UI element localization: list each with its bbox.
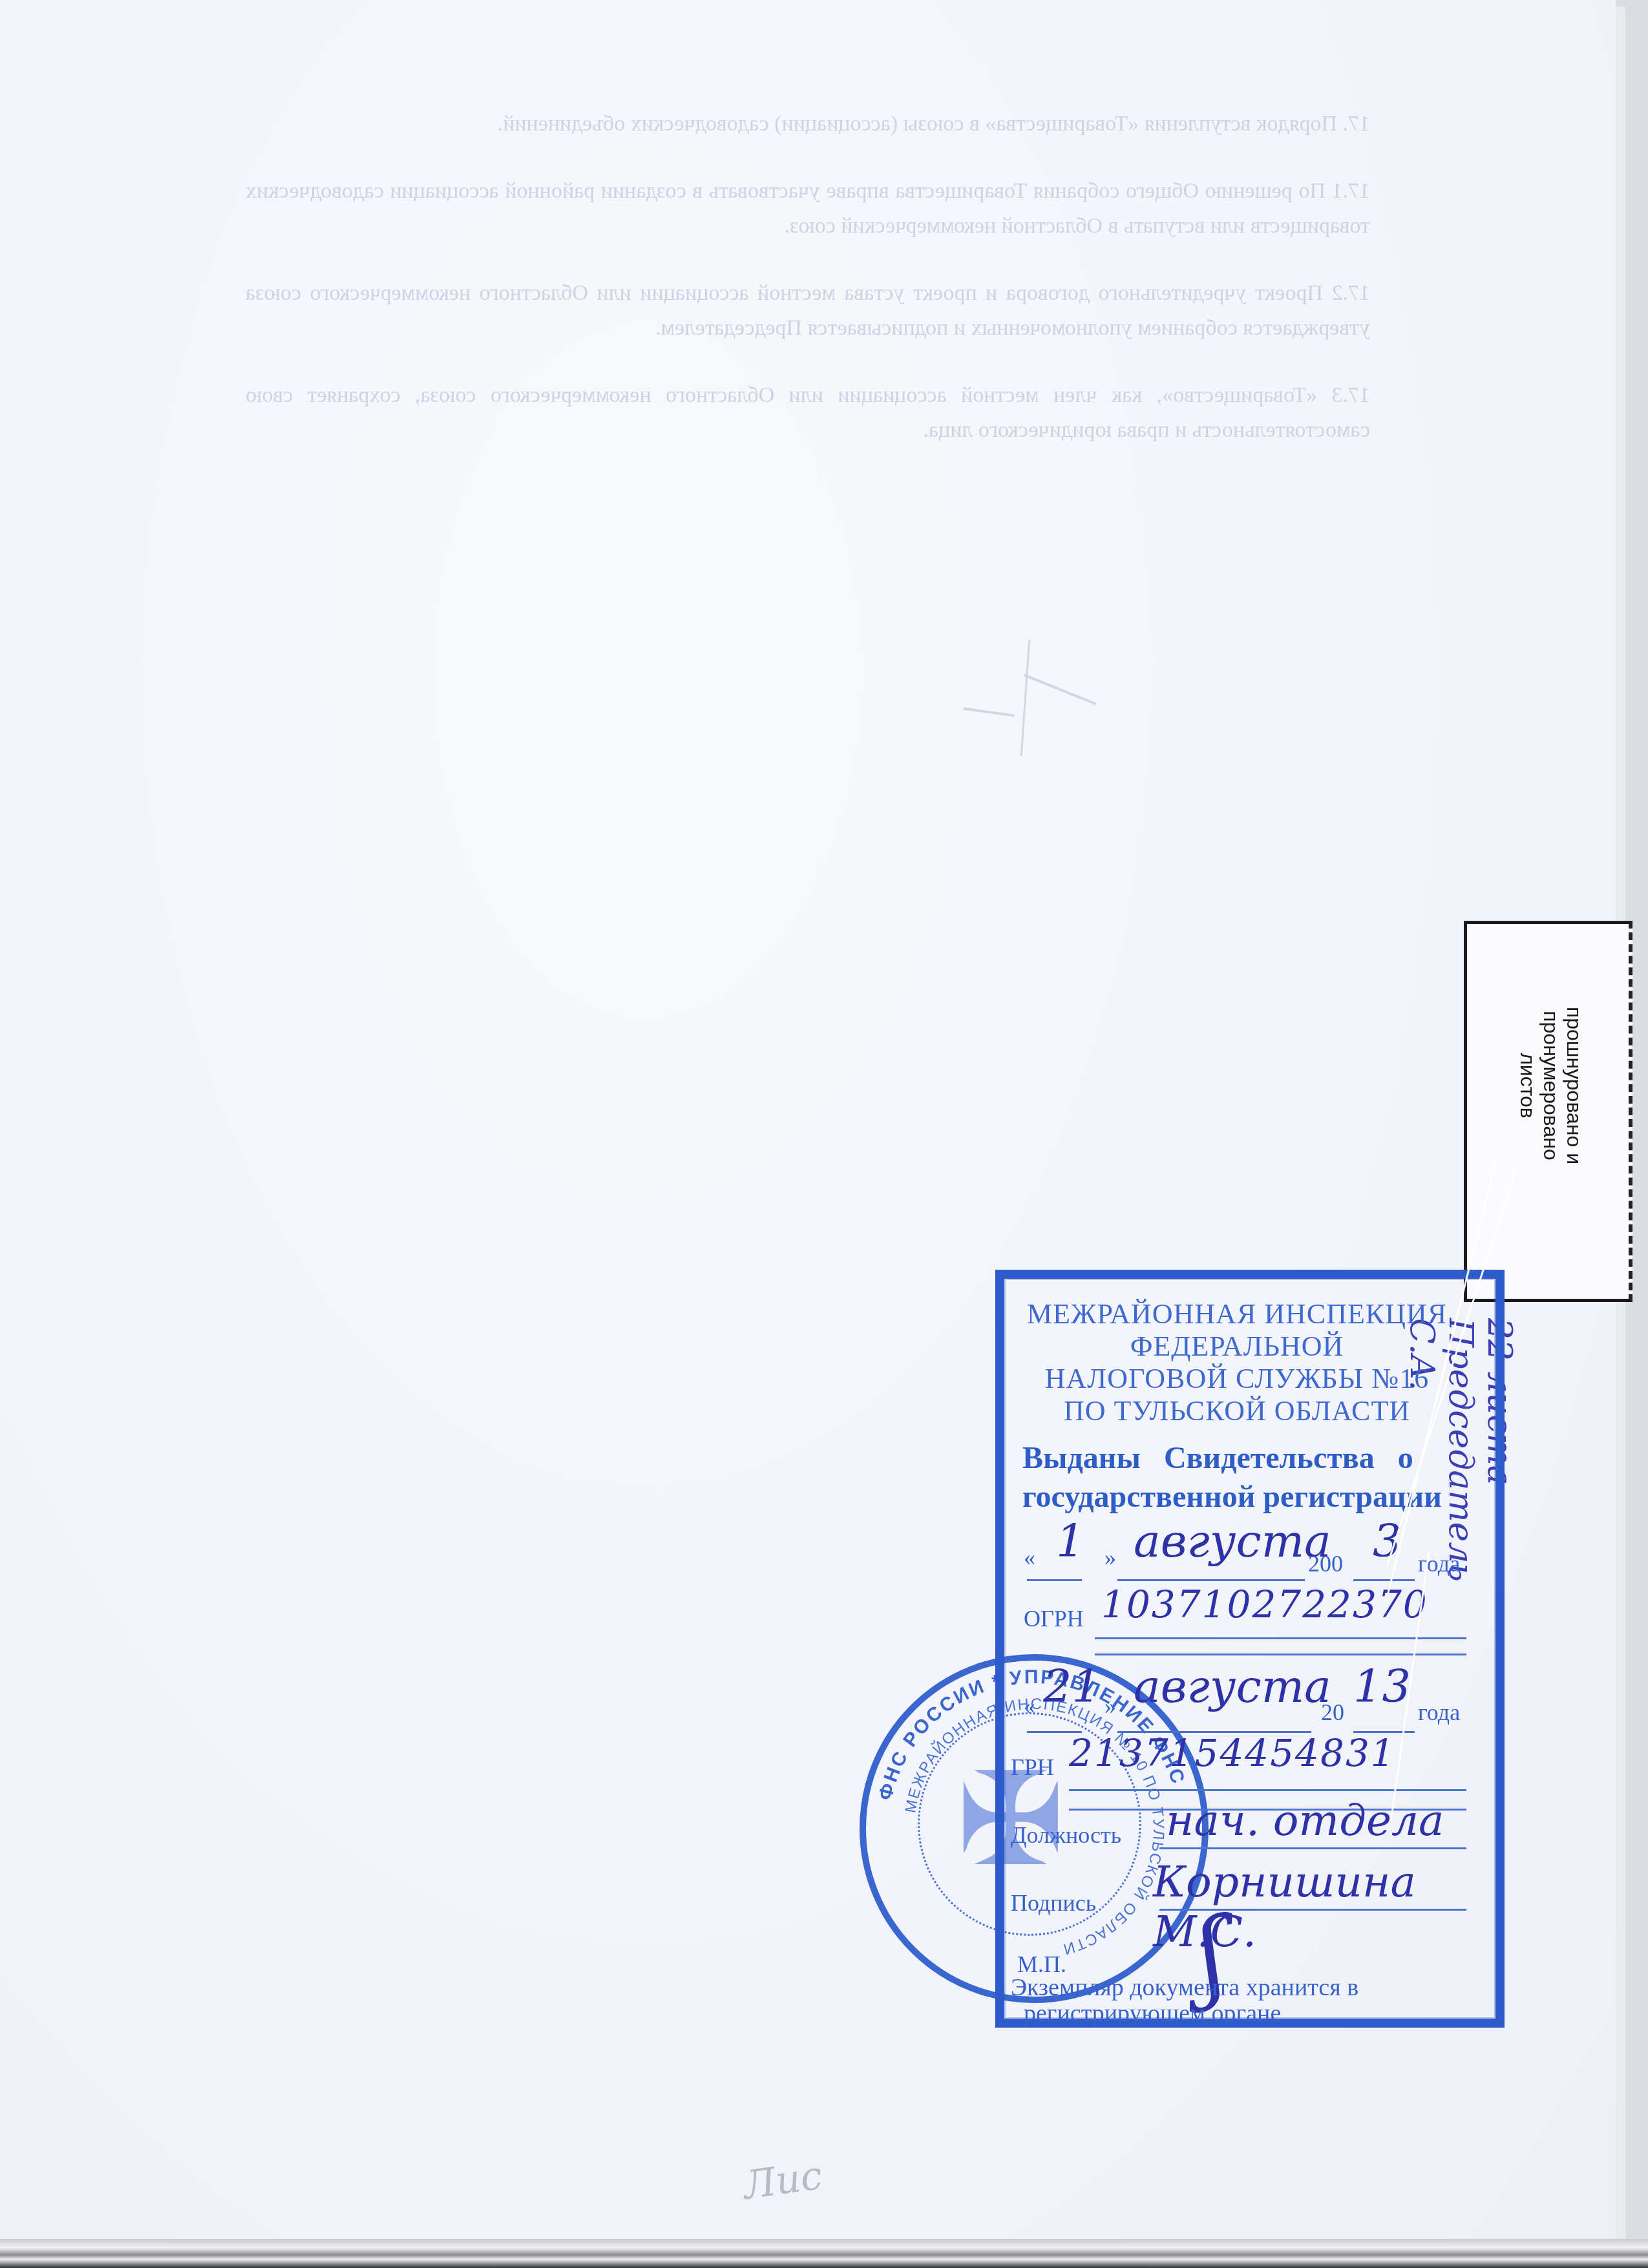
showthrough-paragraph: 17.3 «Товарищество», как член местной ас…: [246, 378, 1370, 448]
authority-line: НАЛОГОВОЙ СЛУЖБЫ №16: [1004, 1363, 1470, 1395]
underline: [1159, 1847, 1466, 1849]
ogrn-value: 1037102722370: [1101, 1582, 1428, 1626]
underline: [1069, 1789, 1466, 1791]
date1-open-quote: «: [1024, 1544, 1035, 1571]
underline: [1095, 1654, 1466, 1655]
date1-year-prefix: 200: [1308, 1550, 1343, 1577]
stamp-footer-line-2: регистрирующем органе: [1024, 1999, 1281, 2028]
showthrough-paragraph: 17.2 Проект учредительного договора и пр…: [246, 276, 1370, 346]
binding-line-3: листов: [1516, 1007, 1539, 1164]
showthrough-paragraph: 17. Порядок вступления «Товарищества» в …: [246, 107, 1370, 142]
binding-line-1: прошнуровано и: [1563, 1007, 1586, 1164]
date2-day: 21: [1043, 1660, 1101, 1713]
issued-line-1: Выданы Свидетельства о: [1022, 1440, 1413, 1476]
date2-month: августа: [1134, 1660, 1331, 1713]
authority-line: МЕЖРАЙОННАЯ ИНСПЕКЦИЯ: [1004, 1298, 1470, 1330]
date2-year-suffix: 13: [1353, 1660, 1411, 1713]
date1-month: августа: [1134, 1515, 1331, 1568]
authority-line: ПО ТУЛЬСКОЙ ОБЛАСТИ: [1004, 1395, 1470, 1427]
page-stack-edge: [0, 2239, 1648, 2268]
date1-day: 1: [1056, 1515, 1085, 1568]
grn-label: ГРН: [1011, 1754, 1054, 1781]
issued-line-2: государственной регистрации: [1022, 1479, 1442, 1515]
showthrough-text: 17. Порядок вступления «Товарищества» в …: [246, 107, 1370, 480]
date2-close-quote: »: [1104, 1692, 1116, 1719]
date1-close-quote: »: [1104, 1544, 1116, 1571]
stamp-authority: МЕЖРАЙОННАЯ ИНСПЕКЦИЯ ФЕДЕРАЛЬНОЙ НАЛОГО…: [1004, 1298, 1470, 1427]
date2-year-prefix: 20: [1321, 1699, 1344, 1726]
underline: [1353, 1579, 1415, 1581]
ogrn-label: ОГРН: [1024, 1605, 1084, 1632]
grn-value: 2137154454831: [1069, 1731, 1396, 1775]
position-label: Должность: [1011, 1822, 1121, 1849]
binding-label-text: прошнуровано и пронумеровано листов: [1486, 969, 1616, 1228]
underline: [1095, 1637, 1466, 1639]
registration-stamp: МЕЖРАЙОННАЯ ИНСПЕКЦИЯ ФЕДЕРАЛЬНОЙ НАЛОГО…: [995, 1270, 1505, 2028]
date2-open-quote: «: [1024, 1692, 1035, 1719]
stamp-footer-line-1: Экземпляр документа хранится в: [1011, 1973, 1358, 2002]
underline: [1117, 1579, 1305, 1581]
binding-line-2: пронумеровано: [1539, 1007, 1563, 1164]
underline: [1027, 1579, 1082, 1581]
signature-label: Подпись: [1011, 1889, 1096, 1916]
date2-year-word: года: [1418, 1699, 1460, 1726]
position-value: нач. отдела: [1166, 1796, 1444, 1845]
authority-line: ФЕДЕРАЛЬНОЙ: [1004, 1330, 1470, 1363]
showthrough-paragraph: 17.1 По решению Общего собрания Товарище…: [246, 174, 1370, 244]
